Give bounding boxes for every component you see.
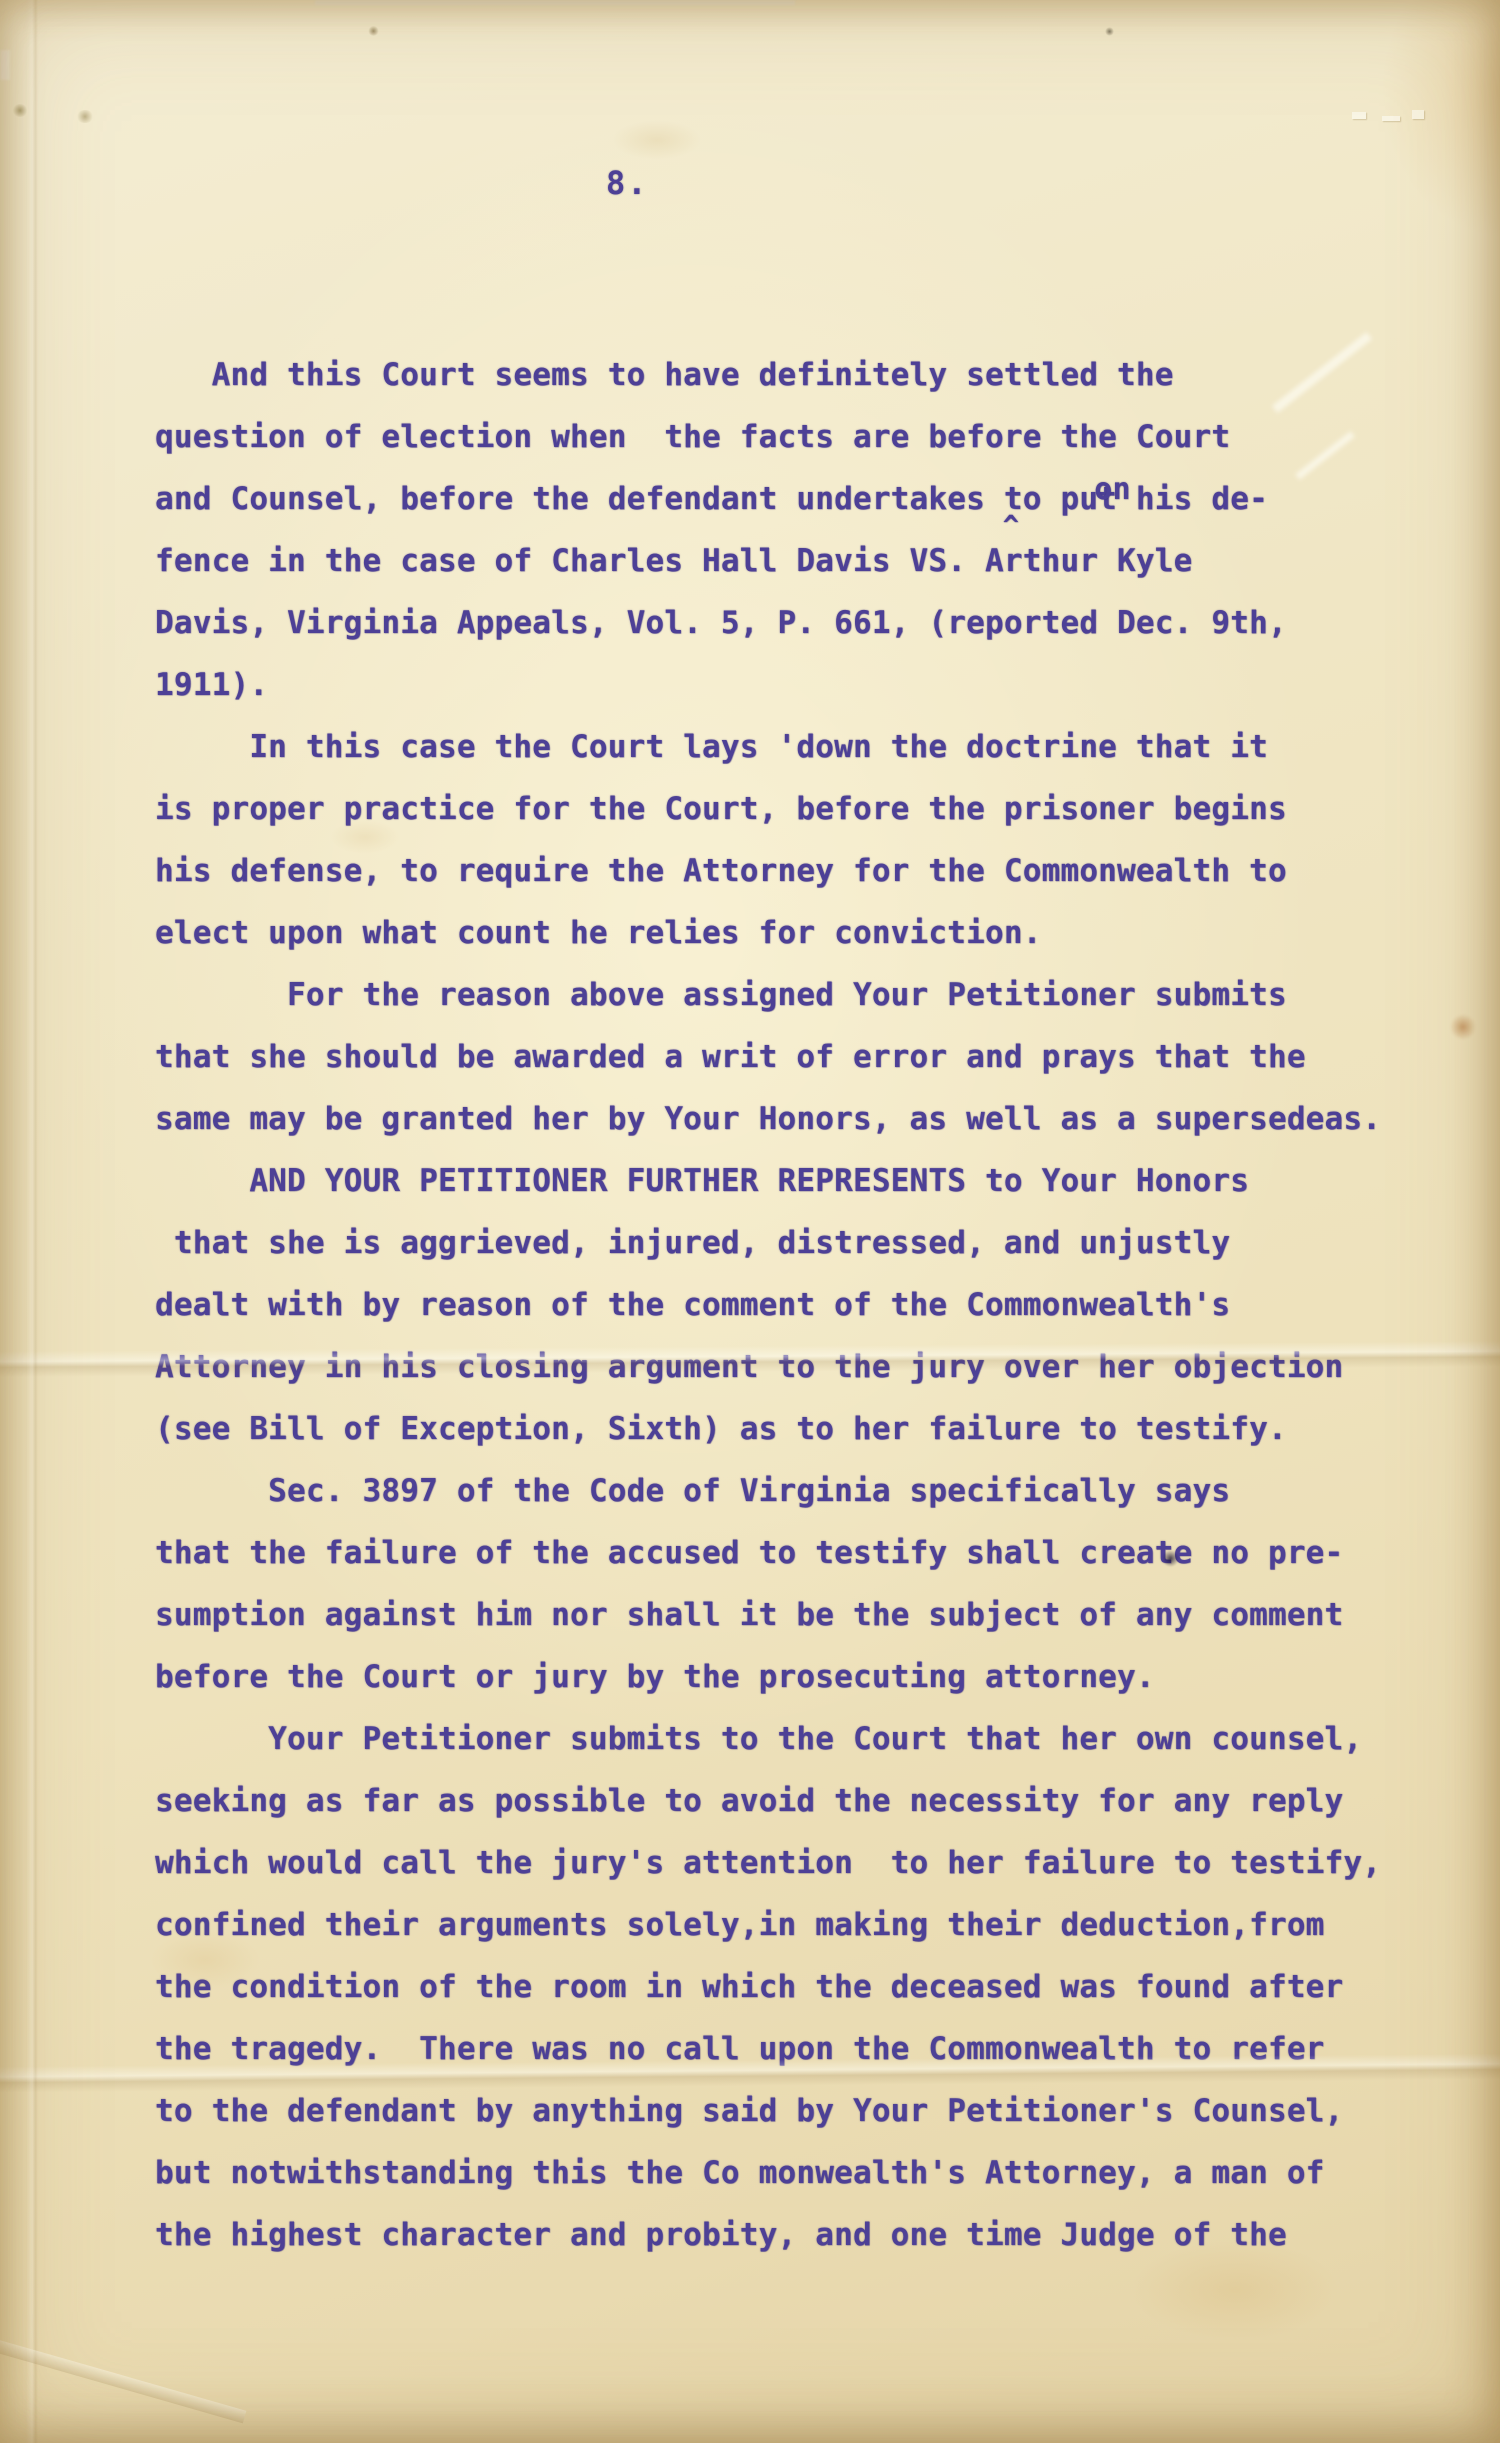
typed-line: that she should be awarded a writ of err… xyxy=(155,1026,1381,1088)
corner-crease xyxy=(0,2334,246,2424)
typed-line: and Counsel, before the defendant undert… xyxy=(155,468,1381,530)
typed-line: the highest character and probity, and o… xyxy=(155,2204,1381,2266)
rust-spot xyxy=(1448,1014,1478,1040)
typed-line: confined their arguments solely,in makin… xyxy=(155,1894,1381,1956)
edge-crease xyxy=(26,0,38,2443)
scan-edge xyxy=(315,0,795,5)
typed-line: before the Court or jury by the prosecut… xyxy=(155,1646,1381,1708)
typed-line: Your Petitioner submits to the Court tha… xyxy=(155,1708,1381,1770)
typed-line: to the defendant by anything said by You… xyxy=(155,2080,1381,2142)
typed-line: same may be granted her by Your Honors, … xyxy=(155,1088,1381,1150)
typed-line: that she is aggrieved, injured, distress… xyxy=(155,1212,1381,1274)
typed-line: In this case the Court lays 'down the do… xyxy=(155,716,1381,778)
typed-line: the tragedy. There was no call upon the … xyxy=(155,2018,1381,2080)
paper-speck xyxy=(368,26,379,36)
typed-line: AND YOUR PETITIONER FURTHER REPRESENTS t… xyxy=(155,1150,1381,1212)
embossed-mark xyxy=(1382,116,1400,121)
typed-line: 1911). xyxy=(155,654,1381,716)
typed-line: that the failure of the accused to testi… xyxy=(155,1522,1381,1584)
typed-text-block: And this Court seems to have definitely … xyxy=(155,344,1381,2266)
typed-line: sumption against him nor shall it be the… xyxy=(155,1584,1381,1646)
typed-line: Attorney in his closing argument to the … xyxy=(155,1336,1381,1398)
paper-stain xyxy=(612,120,702,160)
typed-line: For the reason above assigned Your Petit… xyxy=(155,964,1381,1026)
typed-line: which would call the jury's attention to… xyxy=(155,1832,1381,1894)
typed-line: Sec. 3897 of the Code of Virginia specif… xyxy=(155,1460,1381,1522)
typed-line: (see Bill of Exception, Sixth) as to her… xyxy=(155,1398,1381,1460)
paper-speck xyxy=(1105,27,1114,36)
typed-line: question of election when the facts are … xyxy=(155,406,1381,468)
typed-line: the condition of the room in which the d… xyxy=(155,1956,1381,2018)
corner-stain xyxy=(1380,0,1500,240)
typed-line: his defense, to require the Attorney for… xyxy=(155,840,1381,902)
typed-line: is proper practice for the Court, before… xyxy=(155,778,1381,840)
typed-line: elect upon what count he relies for conv… xyxy=(155,902,1381,964)
paper-speck xyxy=(76,110,94,123)
typed-line: but notwithstanding this the Co monwealt… xyxy=(155,2142,1381,2204)
typed-line: dealt with by reason of the comment of t… xyxy=(155,1274,1381,1336)
typed-line: seeking as far as possible to avoid the … xyxy=(155,1770,1381,1832)
typed-line: And this Court seems to have definitely … xyxy=(155,344,1381,406)
paper-speck xyxy=(12,104,28,117)
page-number: 8. xyxy=(606,164,649,202)
interlinear-insertion: on xyxy=(1094,459,1131,521)
embossed-mark xyxy=(1412,110,1424,119)
typed-line: Davis, Virginia Appeals, Vol. 5, P. 661,… xyxy=(155,592,1381,654)
embossed-mark xyxy=(1352,112,1366,119)
typed-line: fence in the case of Charles Hall Davis … xyxy=(155,530,1381,592)
document-page: 8. And this Court seems to have definite… xyxy=(0,0,1500,2443)
edge-notch xyxy=(0,50,10,80)
